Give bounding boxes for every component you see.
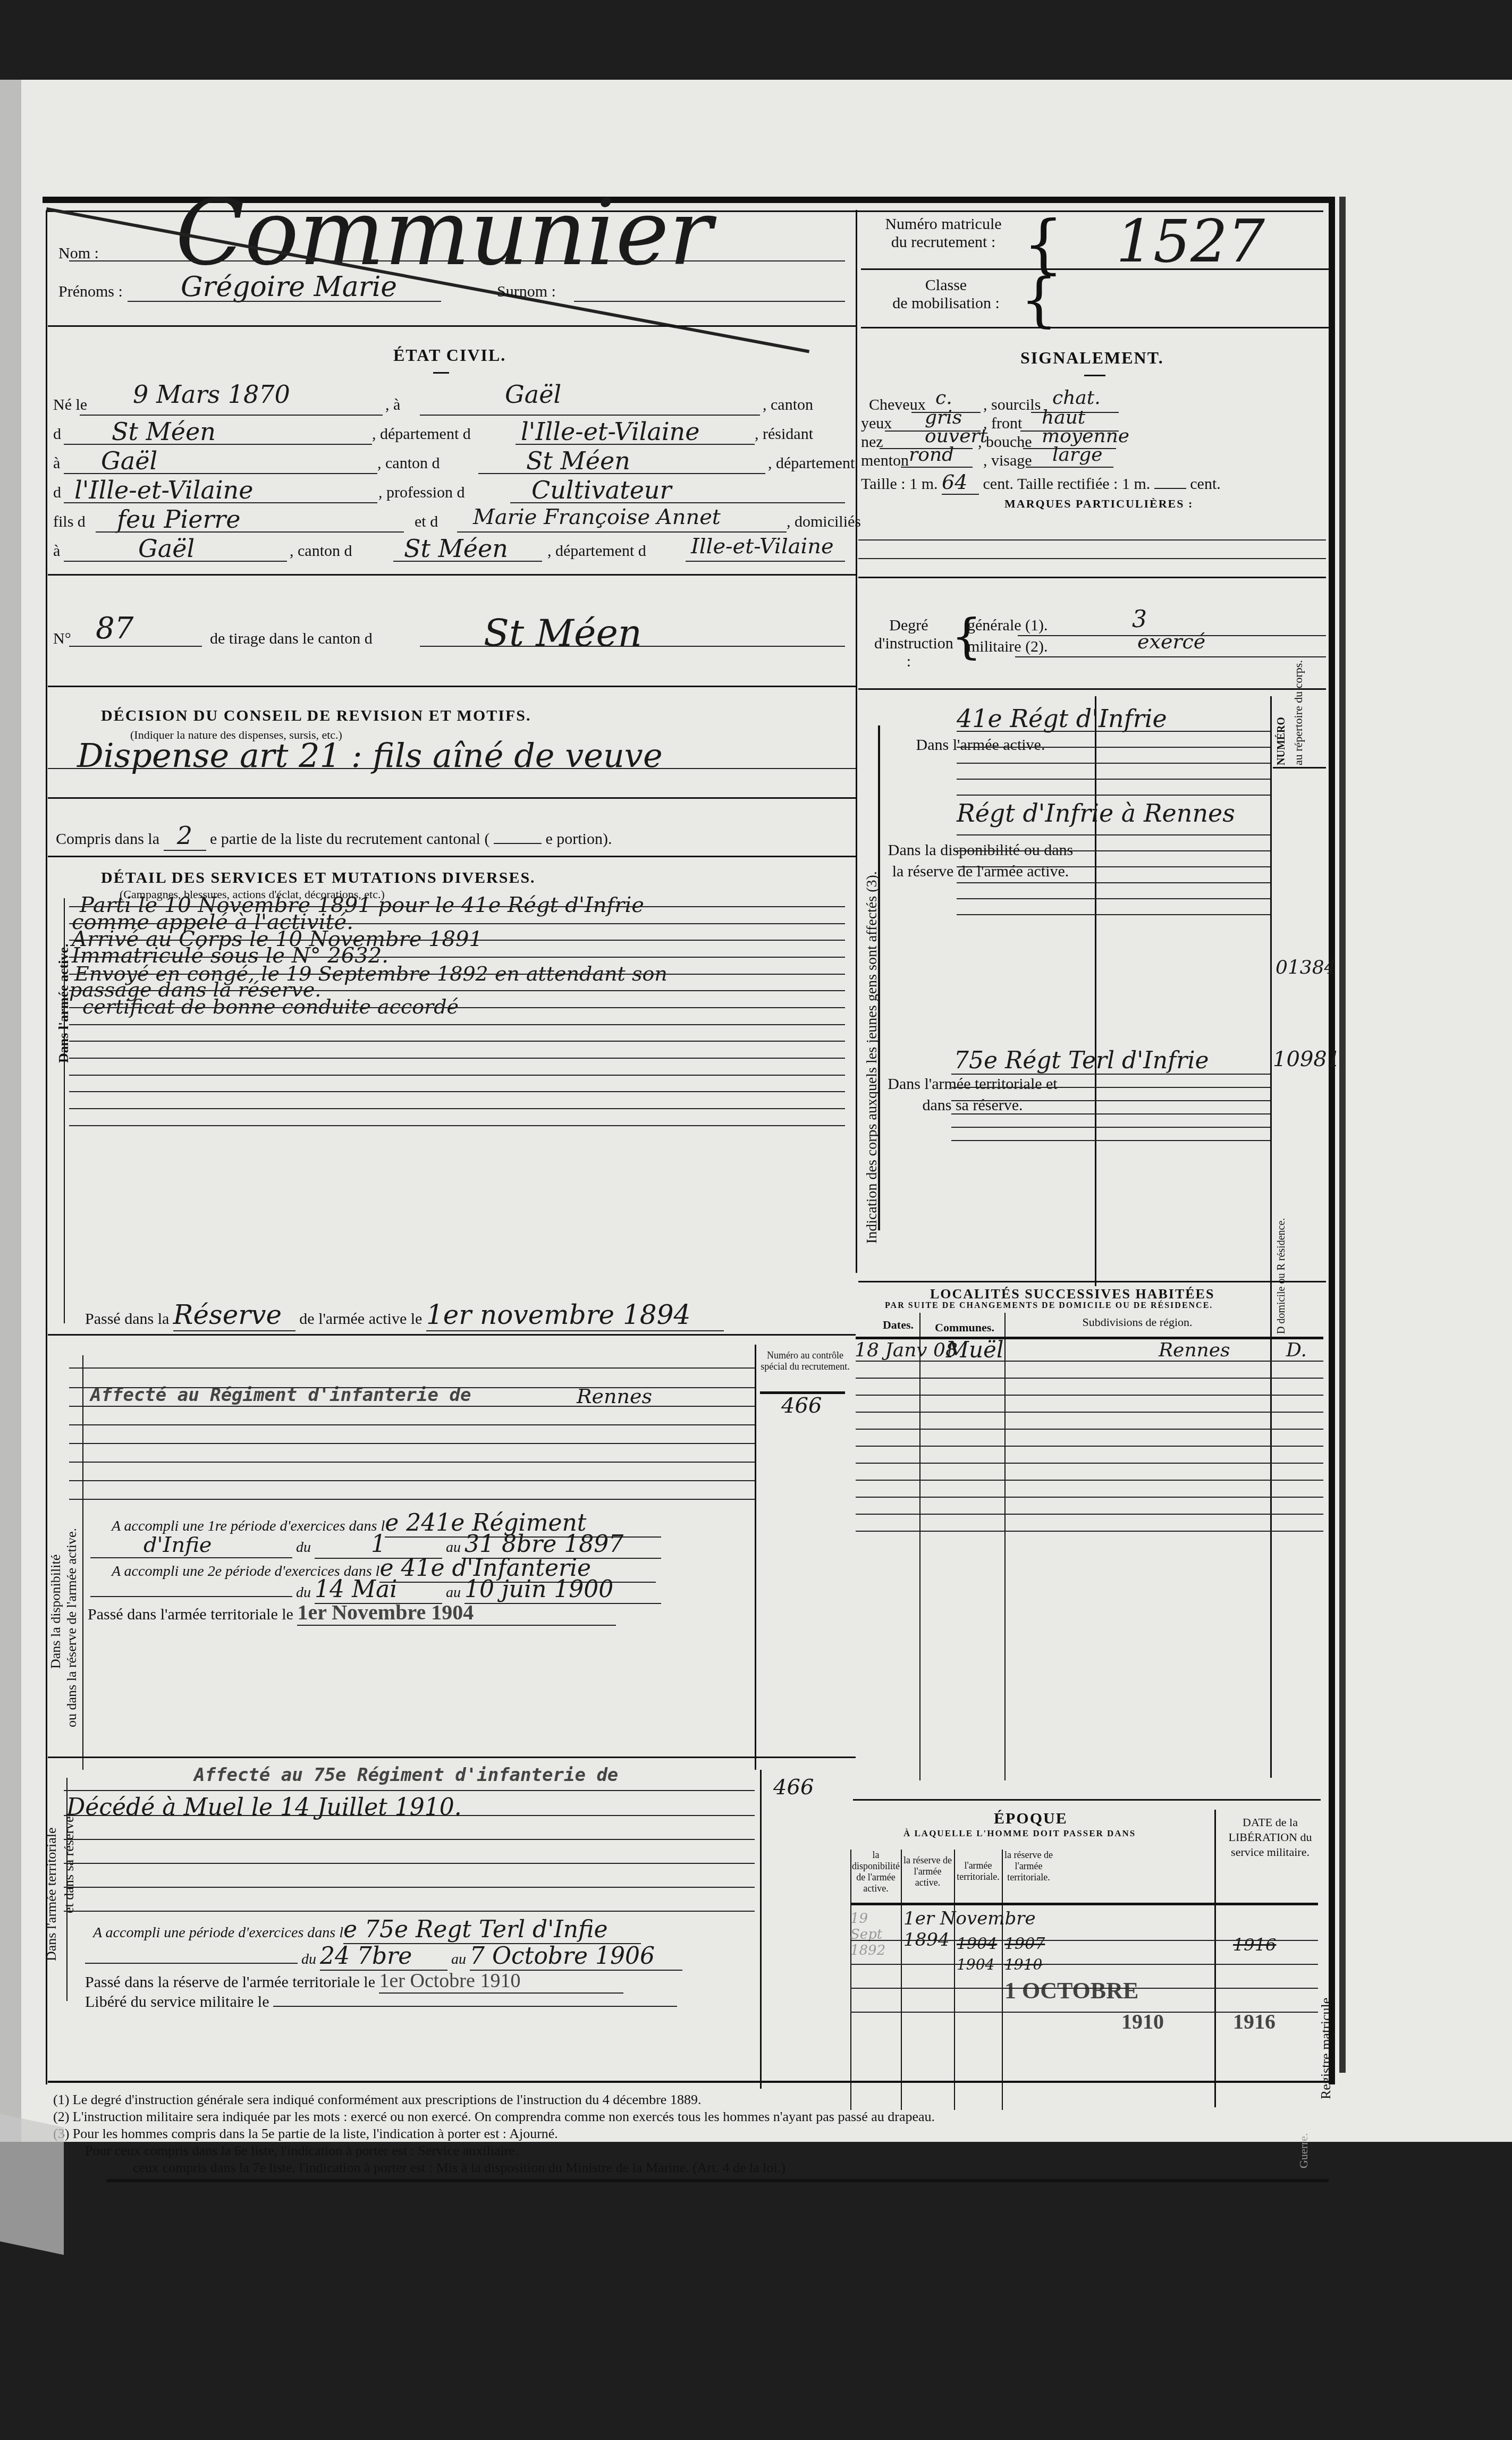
localites-col-subdivisions: Subdivisions de région. [1007,1315,1268,1329]
footnotes: (1) Le degré d'instruction générale sera… [53,2091,1323,2176]
controle-header: Numéro au contrôle spécial du recrutemen… [760,1350,850,1372]
birth-place-value: Gaël [505,380,561,409]
epoque-disponibilite: 19 Sept 1892 [850,1911,901,1958]
terr-periode-dates-row: du 24 7bre au 7 Octobre 1906 [85,1943,682,1971]
sourcils-value: chat. [1052,387,1101,409]
death-note: Décédé à Muel le 14 Juillet 1910. [66,1794,462,1821]
nom-value: Communier [175,181,712,286]
footnote-3: (3) Pour les hommes compris dans la 5e p… [53,2125,1323,2142]
footnote-5: ceux compris dans la 7e liste, l'indicat… [53,2159,1323,2176]
binding-edge-right [1339,197,1346,2073]
libere-date [273,2006,677,2007]
instruction-militaire-value: exercé [1137,630,1205,653]
passe-reserve-row: Passé dans la Réserve de l'armée active … [85,1299,724,1331]
decision-title: DÉCISION DU CONSEIL DE REVISION ET MOTIF… [101,707,531,725]
tape-remnant [0,2114,64,2255]
residence-canton-value: St Méen [526,446,630,475]
numero-header: NUMÉRO [1276,717,1288,765]
localites-col-dr: D domicile ou R résidence. [1276,1218,1288,1334]
territoriale-stamp-text: Affecté au 75e Régiment d'infanterie de [194,1764,618,1786]
registre-matricule-label: Registre matricule. [1318,1994,1334,2099]
prenoms-value: Grégoire Marie [181,271,397,303]
profession-value: Cultivateur [531,476,671,504]
corps-reserve-value: Régt d'Infrie à Rennes [957,797,1254,829]
territoriale-row: Passé dans l'armée territoriale le 1er N… [88,1600,616,1626]
residence-value: Gaël [101,446,157,475]
compris-row: Compris dans la 2 e partie de la liste d… [56,821,612,851]
tirage-canton-value: St Méen [484,611,642,655]
epoque-col-reserve-territoriale: la réserve de l'armée territoriale. [1003,1850,1054,1883]
instruction-generale-value: 3 [1132,606,1147,633]
epoque-col-territoriale: l'armée territoriale. [956,1860,1001,1882]
territoriale-date: 1er Novembre 1904 [297,1600,616,1626]
mother-value: Marie Françoise Annet [473,505,721,529]
nom-label: Nom : [58,244,99,263]
residence-department-value: l'Ille-et-Vilaine [74,476,253,504]
corps-section-reserve: Dans la disponibilité ou dans la réserve… [885,840,1076,882]
epoque-title: ÉPOQUE [994,1810,1068,1828]
stamp-reserve-terr-year: 1910 [1121,2009,1164,2034]
epoque-subtitle: À LAQUELLE L'HOMME DOIT PASSER DANS [903,1828,1136,1839]
date-liberation-header: DATE de la LIBÉRATION du service militai… [1220,1815,1321,1860]
passe-reserve-value: Réserve [173,1299,295,1331]
birth-date-value: 9 Mars 1870 [133,380,290,409]
tirage-number-value: 87 [96,611,133,646]
services-title: DÉTAIL DES SERVICES ET MUTATIONS DIVERSE… [101,869,536,887]
domicile-department-value: Ille-et-Vilaine [691,534,834,559]
compris-partie-value: 2 [164,821,206,851]
epoque-territoriale-struck: 1904 [957,1935,997,1953]
etat-civil-title: ÉTAT CIVIL. [393,345,506,365]
ne-le-row: Né le [53,396,87,414]
terr-periode-du-value: 24 7bre [320,1943,447,1971]
footnote-1: (1) Le degré d'instruction générale sera… [53,2091,1323,2108]
reserve-side-label-1: Dans la disponibilité [48,1555,64,1669]
taille-rectifiee-value [1154,488,1186,489]
territoriale-controle-value: 466 [773,1775,814,1800]
surnom-label: Surnom : [497,283,556,301]
corps-section-active: Dans l'armée active. [885,736,1076,754]
corps-active-value: 41e Régt d'Infrie [957,704,1167,733]
epoque-col-reserve-active: la réserve de l'armée active. [902,1855,953,1888]
taille-value: 64 [942,470,979,495]
terr-periode-row: A accompli une période d'exercices dans … [93,1916,641,1944]
corps-territoriale-numero: 10981 [1273,1047,1340,1071]
father-value: feu Pierre [117,505,241,534]
epoque-reserve-terr-struck: 1907 [1004,1935,1045,1953]
degre-label: Degréd'instruction : [874,617,943,671]
signalement-title: SIGNALEMENT. [1020,348,1164,368]
domicile-canton-value: St Méen [404,534,508,563]
epoque-col-disponibilite: la disponibilité de l'armée active. [852,1850,900,1894]
birth-department-value: l'Ille-et-Vilaine [521,417,699,446]
terr-periode-corps: e 75e Regt Terl d'Infie [343,1916,641,1944]
matricule-label: Numéro matriculedu recrutement : [872,215,1015,251]
reserve-terr-row: Passé dans la réserve de l'armée territo… [85,1969,623,1994]
classe-label: Classede mobilisation : [877,276,1015,313]
reserve-terr-date: 1er Octobre 1910 [379,1969,623,1994]
compris-portion-value [494,843,542,844]
territoriale-side-label-1: Dans l'armée territoriale [44,1827,60,1961]
stamp-liberation-year: 1916 [1233,2009,1276,2034]
domicile-value: Gaël [138,534,195,563]
stamp-1-octobre: 1 OCTOBRE [1004,1977,1138,2004]
localites-col-communes: Communes. [925,1321,1004,1335]
decision-value: Dispense art 21 : fils aîné de veuve [77,736,663,775]
controle-value: 466 [781,1394,822,1418]
marques-label: MARQUES PARTICULIÈRES : [1004,497,1193,511]
birth-canton-value: St Méen [112,417,216,446]
taille-row: Taille : 1 m. 64 cent. Taille rectifiée … [861,470,1221,495]
reserve-side-label-2: ou dans la réserve de l'armée active. [64,1528,80,1727]
cheveux-value: c. [935,387,952,409]
menton-value: rond [909,444,954,466]
libere-row: Libéré du service militaire le [85,1993,677,2011]
corps-reserve-numero: 01384 [1276,957,1337,978]
visage-value: large [1052,444,1103,466]
matricule-value: 1527 [1116,207,1265,275]
passe-reserve-date: 1er novembre 1894 [426,1299,724,1331]
binding-spine [0,80,21,2142]
epoque-liberation-struck: 1916 [1233,1935,1276,1955]
prenoms-label: Prénoms : [58,283,123,301]
localites-col-dates: Dates. [877,1318,919,1332]
footnote-4: Pour ceux compris dans la 6e liste, l'in… [53,2142,1323,2159]
corps-territoriale-value: 75e Régt Terl d'Infrie [954,1047,1209,1074]
footnote-2: (2) L'instruction militaire sera indiqué… [53,2108,1323,2125]
localites-subtitle: PAR SUITE DE CHANGEMENTS DE DOMICILE OU … [885,1301,1213,1311]
corps-section-territoriale: Dans l'armée territoriale et dans sa rés… [885,1074,1060,1116]
localites-title: LOCALITÉS SUCCESSIVES HABITÉES [930,1286,1214,1302]
terr-periode-au-value: 7 Octobre 1906 [470,1943,682,1971]
